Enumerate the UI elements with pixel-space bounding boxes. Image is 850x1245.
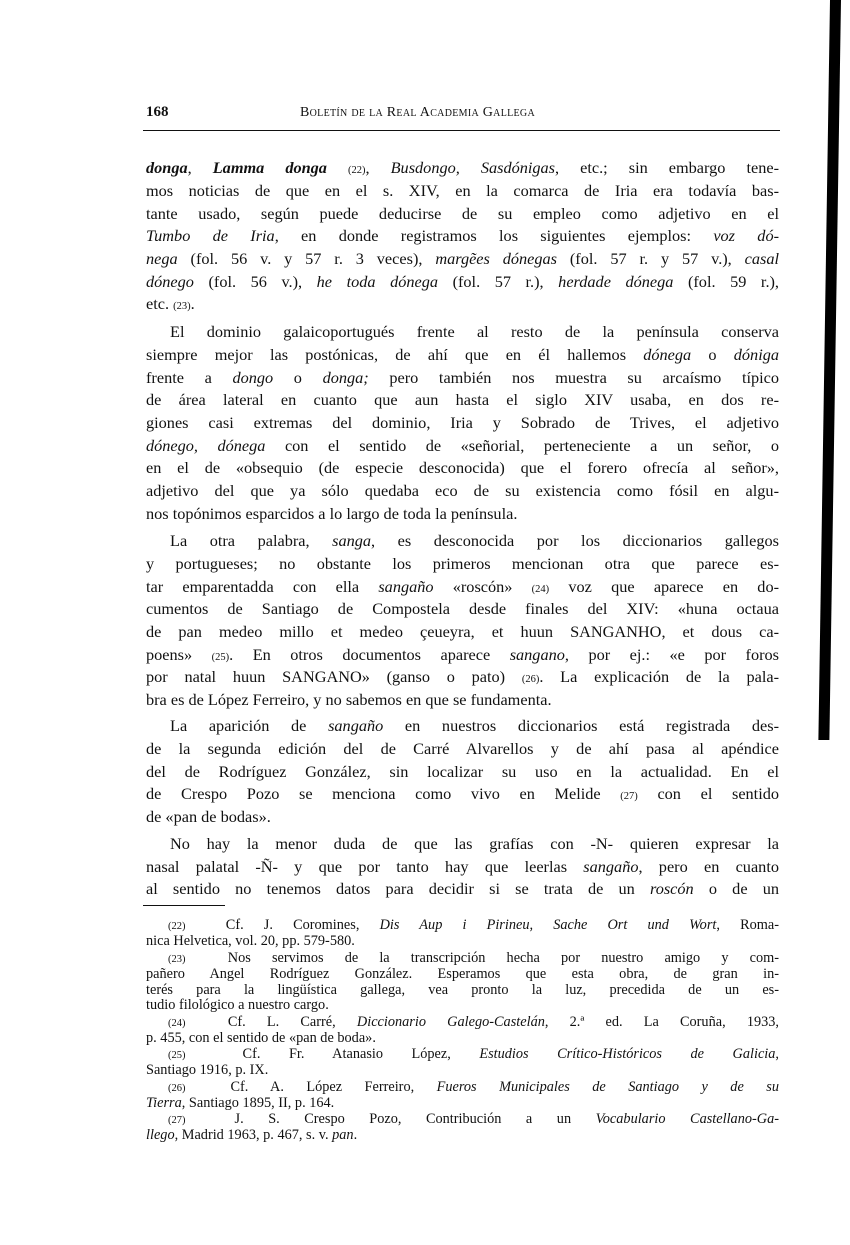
footnote-line: pañero Angel Rodríguez González. Esperam… [146, 966, 779, 982]
header-rule [143, 130, 780, 131]
text-line: adjetivo del que ya sólo quedaba eco de … [146, 481, 779, 501]
text-line: dónego (fol. 56 v.), he toda dónega (fol… [146, 272, 779, 292]
footnote-line: tudio filológico a nuestro cargo. [146, 997, 779, 1013]
scan-edge-shadow [818, 0, 841, 740]
text-line: dónego, dónega con el sentido de «señori… [146, 436, 779, 456]
text-line: donga, Lamma donga (22), Busdongo, Sasdó… [146, 158, 779, 181]
text-line: poens» (25). En otros documentos aparece… [146, 645, 779, 668]
text-line: bra es de López Ferreiro, y no sabemos e… [146, 690, 779, 710]
text-line: nasal palatal -Ñ- y que por tanto hay qu… [146, 857, 779, 877]
text-line: frente a dongo o donga; pero también nos… [146, 368, 779, 388]
text-line: cumentos de Santiago de Compostela desde… [146, 599, 779, 619]
text-line: de área lateral en cuanto que aun hasta … [146, 390, 779, 410]
text-line: por natal huun SANGANO» (ganso o pato) (… [146, 667, 779, 690]
page-number: 168 [146, 104, 169, 121]
text-line: del de Rodríguez González, sin localizar… [146, 762, 779, 782]
text-line: El dominio galaicoportugués frente al re… [170, 322, 779, 342]
footnote-line: nica Helvetica, vol. 20, pp. 579-580. [146, 933, 779, 949]
footnote-line: p. 455, con el sentido de «pan de boda». [146, 1030, 779, 1046]
text-line: de la segunda edición del de Carré Alvar… [146, 739, 779, 759]
text-line: La otra palabra, sanga, es desconocida p… [170, 531, 779, 551]
text-line: y portugueses; no obstante los primeros … [146, 554, 779, 574]
footnote-line: llego, Madrid 1963, p. 467, s. v. pan. [146, 1127, 779, 1143]
text-line: de pan medeo millo et medeo çeueyra, et … [146, 622, 779, 642]
text-line: nega (fol. 56 v. y 57 r. 3 veces), margẽ… [146, 249, 779, 269]
text-line: mos noticias de que en el s. XIV, en la … [146, 181, 779, 201]
text-line: La aparición de sangaño en nuestros dicc… [170, 716, 779, 736]
journal-title: Boletín de la Real Academia Gallega [300, 105, 535, 121]
text-line: etc. (23). [146, 294, 779, 317]
text-line: Tumbo de Iria, en donde registramos los … [146, 226, 779, 246]
text-line: No hay la menor duda de que las grafías … [170, 834, 779, 854]
footnote-separator [143, 905, 225, 906]
text-line: de «pan de bodas». [146, 807, 779, 827]
scanned-page: 168 Boletín de la Real Academia Gallega … [0, 0, 850, 1245]
text-line: al sentido no tenemos datos para decidir… [146, 879, 779, 899]
text-line: de Crespo Pozo se menciona como vivo en … [146, 784, 779, 807]
text-line: tar emparentadda con ella sangaño «roscó… [146, 577, 779, 600]
text-line: nos topónimos esparcidos a lo largo de t… [146, 504, 779, 524]
footnote-line: Santiago 1916, p. IX. [146, 1062, 779, 1078]
text-line: en el de «obsequio (de especie desconoci… [146, 458, 779, 478]
text-line: tante usado, según puede deducirse de su… [146, 204, 779, 224]
text-line: giones casi extremas del dominio, Iria y… [146, 413, 779, 433]
footnote-line: terés para la lingüística gallega, vea p… [146, 982, 779, 998]
running-head: 168 Boletín de la Real Academia Gallega [146, 104, 779, 128]
text-line: siempre mejor las postónicas, de ahí que… [146, 345, 779, 365]
footnote-line: Tierra, Santiago 1895, II, p. 164. [146, 1095, 779, 1111]
